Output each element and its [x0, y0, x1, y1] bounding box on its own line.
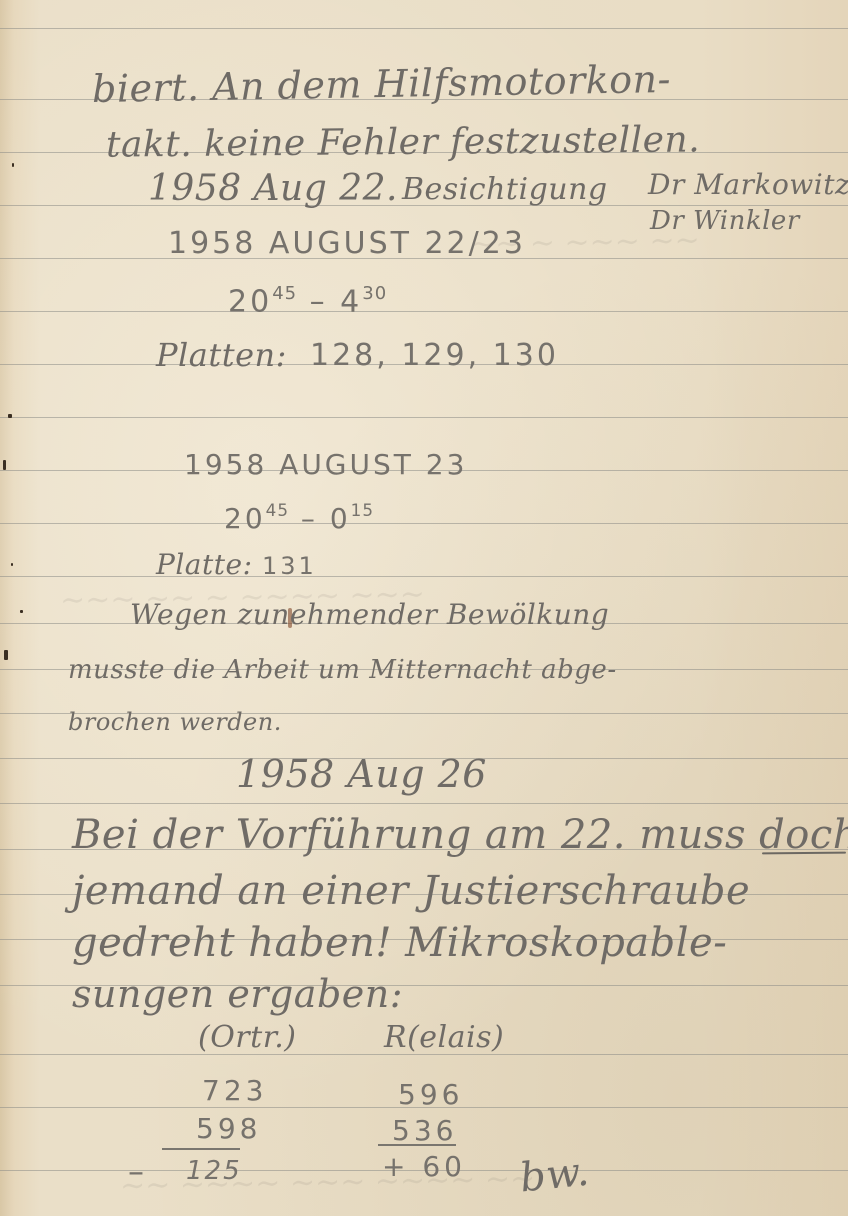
session2-note-line-3: brochen werden. [68, 708, 282, 736]
session2-time-start-min: 45 [266, 500, 289, 520]
followup-line-2: jemand an einer Justierschraube [72, 868, 750, 914]
session1-plates: 128, 129, 130 [310, 338, 559, 373]
paper-speck [12, 163, 14, 167]
readings-col2-value-1: 596 [398, 1078, 463, 1111]
readings-col2-sum-line [378, 1144, 456, 1146]
ruled-line [0, 311, 848, 312]
inspection-text: Besichtigung [402, 172, 608, 207]
readings-col1-header: (Ortr.) [198, 1020, 296, 1055]
readings-col2-header: R(elais) [384, 1020, 504, 1055]
bleed-through-text: ~~ ~~~~ ~~~ ~~~~ ~~ [120, 1161, 536, 1203]
continuation-line-2: takt. keine Fehler festzustellen. [106, 119, 700, 165]
inspection-name-2: Dr Winkler [650, 206, 800, 236]
session2-plate: 131 [262, 552, 317, 580]
inspection-name-1: Dr Markowitz [648, 168, 848, 201]
paper-speck [11, 563, 13, 566]
ruled-line [0, 523, 848, 524]
inspection-date: 1958 Aug 22. [148, 168, 398, 209]
ruled-line [0, 417, 848, 418]
session2-time-end: 0 [330, 502, 351, 535]
session1-date: 1958 AUGUST 22/23 [168, 226, 526, 261]
followup-line-1: Bei der Vorführung am 22. muss doch [72, 812, 848, 858]
readings-col1-result: 125 [186, 1156, 242, 1186]
session2-plate-label: Platte: [156, 548, 253, 581]
readings-col2-value-2: 536 [392, 1114, 457, 1147]
paper-speck [8, 414, 12, 418]
session2-time-start: 20 [224, 502, 266, 535]
readings-col1-sum-line [162, 1148, 240, 1150]
readings-col1-result-sign: – [128, 1152, 147, 1190]
followup-line-4: sungen ergaben: [72, 972, 403, 1016]
readings-col1-value-2: 598 [196, 1112, 261, 1145]
session1-time-start-min: 45 [272, 283, 297, 304]
ruled-line [0, 803, 848, 804]
signature: bw. [518, 1149, 592, 1202]
session2-time-sep: – [289, 502, 330, 535]
session2-date: 1958 AUGUST 23 [184, 448, 467, 481]
session1-time-start: 20 [228, 285, 272, 320]
notebook-page: ~~ ~ ~~~ ~~ ~~~ ~~ ~ ~~~~ ~~~ ~~ ~~~~ ~~… [0, 0, 848, 1216]
session1-time-sep: – [297, 285, 340, 320]
ruled-line [0, 28, 848, 29]
paper-speck [20, 610, 23, 613]
session1-time-end: 4 [340, 285, 362, 320]
paper-speck [3, 460, 6, 470]
readings-col1-value-1: 723 [202, 1074, 267, 1107]
session1-time-end-min: 30 [362, 283, 387, 304]
session2-note-line-2: musste die Arbeit um Mitternacht abge- [68, 655, 617, 685]
readings-col2-result: + 60 [382, 1150, 466, 1183]
session2-time: 2045 – 015 [224, 500, 374, 535]
session2-time-end-min: 15 [351, 500, 374, 520]
paper-speck [4, 650, 8, 660]
session1-plates-label: Platten: [156, 336, 287, 374]
followup-line-3: gedreht haben! Mikroskopable- [72, 920, 727, 966]
session1-time: 2045 – 430 [228, 283, 387, 320]
session2-note-line-1: Wegen zunehmender Bewölkung [130, 598, 609, 631]
continuation-line-1: biert. An dem Hilfsmotorkon- [92, 57, 672, 111]
followup-date: 1958 Aug 26 [236, 752, 487, 796]
